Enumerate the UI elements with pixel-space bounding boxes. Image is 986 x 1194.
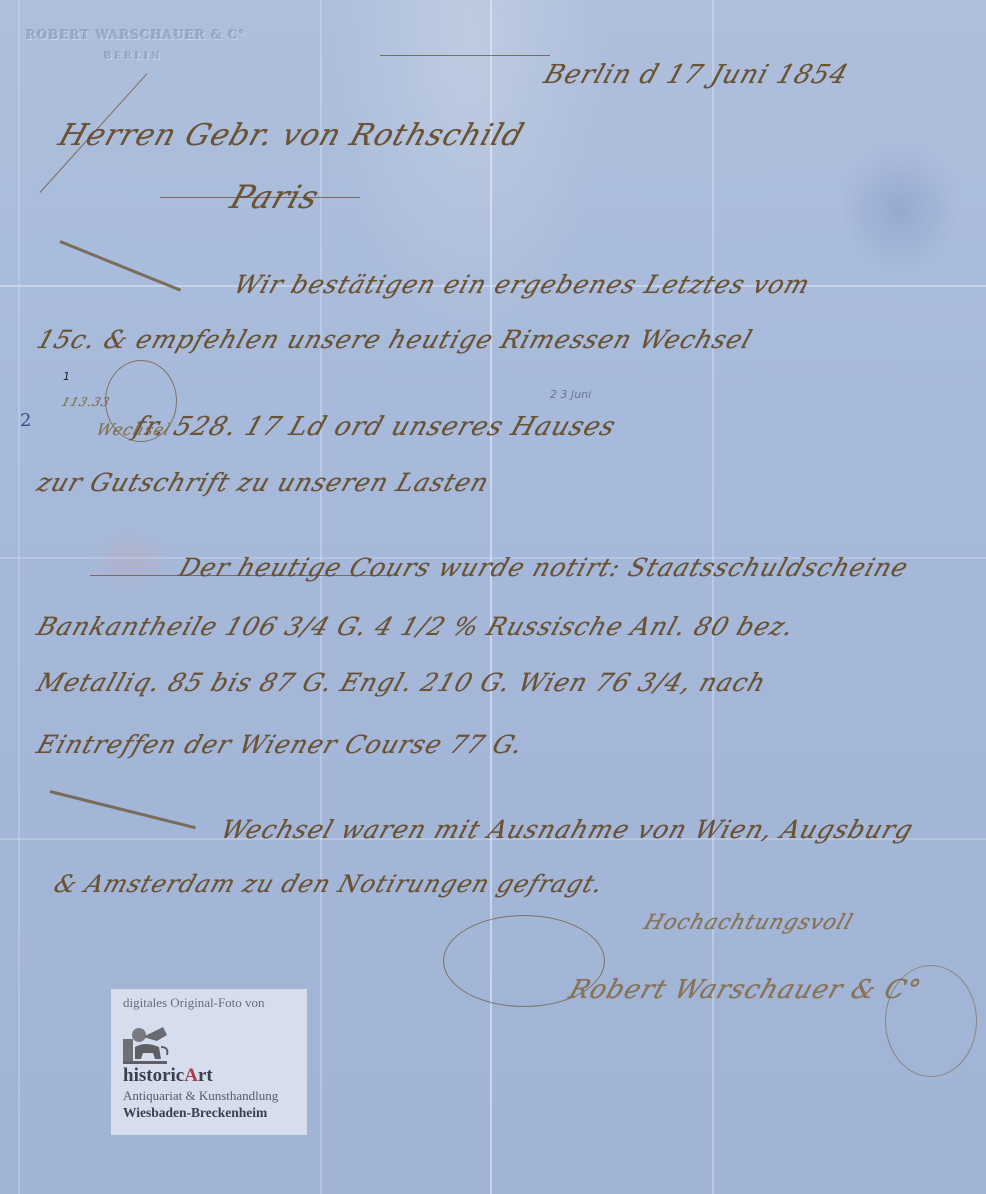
letterhead-city: BERLIN bbox=[104, 52, 163, 62]
tick-mark: 1 bbox=[63, 370, 70, 383]
letter-line-10: & Amsterdam zu den Notirungen gefragt. bbox=[50, 870, 607, 898]
blue-mark: 2 bbox=[20, 410, 31, 431]
letter-line-4: zur Gutschrift zu unseren Lasten bbox=[33, 468, 493, 497]
addressee: Herren Gebr. von Rothschild bbox=[54, 118, 528, 153]
letter-line-3: fr. 528. 17 Ld ord unseres Hauses bbox=[130, 412, 620, 442]
label-brand: historicArt bbox=[123, 1065, 297, 1087]
pencil-note: 2 3 Juni bbox=[550, 388, 591, 401]
letter-line-5: Der heutige Cours wurde notirt: Staatssc… bbox=[175, 553, 912, 582]
dateline: Berlin d 17 Juni 1854 bbox=[540, 60, 852, 90]
signature: Robert Warschauer & C° bbox=[565, 975, 925, 1005]
fold-line-vertical bbox=[490, 0, 492, 1194]
watermark-label: digitales Original-Foto von historicArt … bbox=[111, 989, 307, 1135]
letter-line-8: Eintreffen der Wiener Course 77 G. bbox=[33, 730, 527, 759]
brand-suffix: rt bbox=[198, 1065, 213, 1086]
letter-line-7: Metalliq. 85 bis 87 G. Engl. 210 G. Wien… bbox=[33, 668, 770, 697]
closing: Hochachtungsvoll bbox=[641, 910, 857, 934]
letter-line-6: Bankantheile 106 3/4 G. 4 1/2 % Russisch… bbox=[33, 612, 798, 641]
brand-accent: A bbox=[184, 1065, 198, 1086]
letter-line-1: Wir bestätigen ein ergebenes Letztes vom bbox=[230, 270, 814, 299]
margin-word: Wechsel bbox=[94, 420, 174, 439]
flourish bbox=[380, 55, 550, 56]
fold-line-vertical bbox=[712, 0, 714, 1194]
letter-line-2: 15c. & empfehlen unsere heutige Rimessen… bbox=[33, 325, 756, 354]
signature-flourish bbox=[885, 965, 977, 1077]
letterhead-firm: ROBERT WARSCHAUER & C° bbox=[26, 28, 246, 42]
label-place: Wiesbaden-Breckenheim bbox=[123, 1105, 297, 1121]
letter-line-9: Wechsel waren mit Ausnahme von Wien, Aug… bbox=[217, 815, 917, 844]
label-subtitle: Antiquariat & Kunsthandlung bbox=[123, 1088, 297, 1104]
flourish bbox=[160, 197, 360, 198]
label-intro: digitales Original-Foto von bbox=[123, 995, 297, 1011]
fold-line-vertical bbox=[18, 0, 20, 1194]
winged-lion-logo-icon bbox=[123, 1025, 163, 1063]
brand-prefix: historic bbox=[123, 1065, 184, 1086]
margin-amount: 113.33 bbox=[60, 395, 113, 409]
